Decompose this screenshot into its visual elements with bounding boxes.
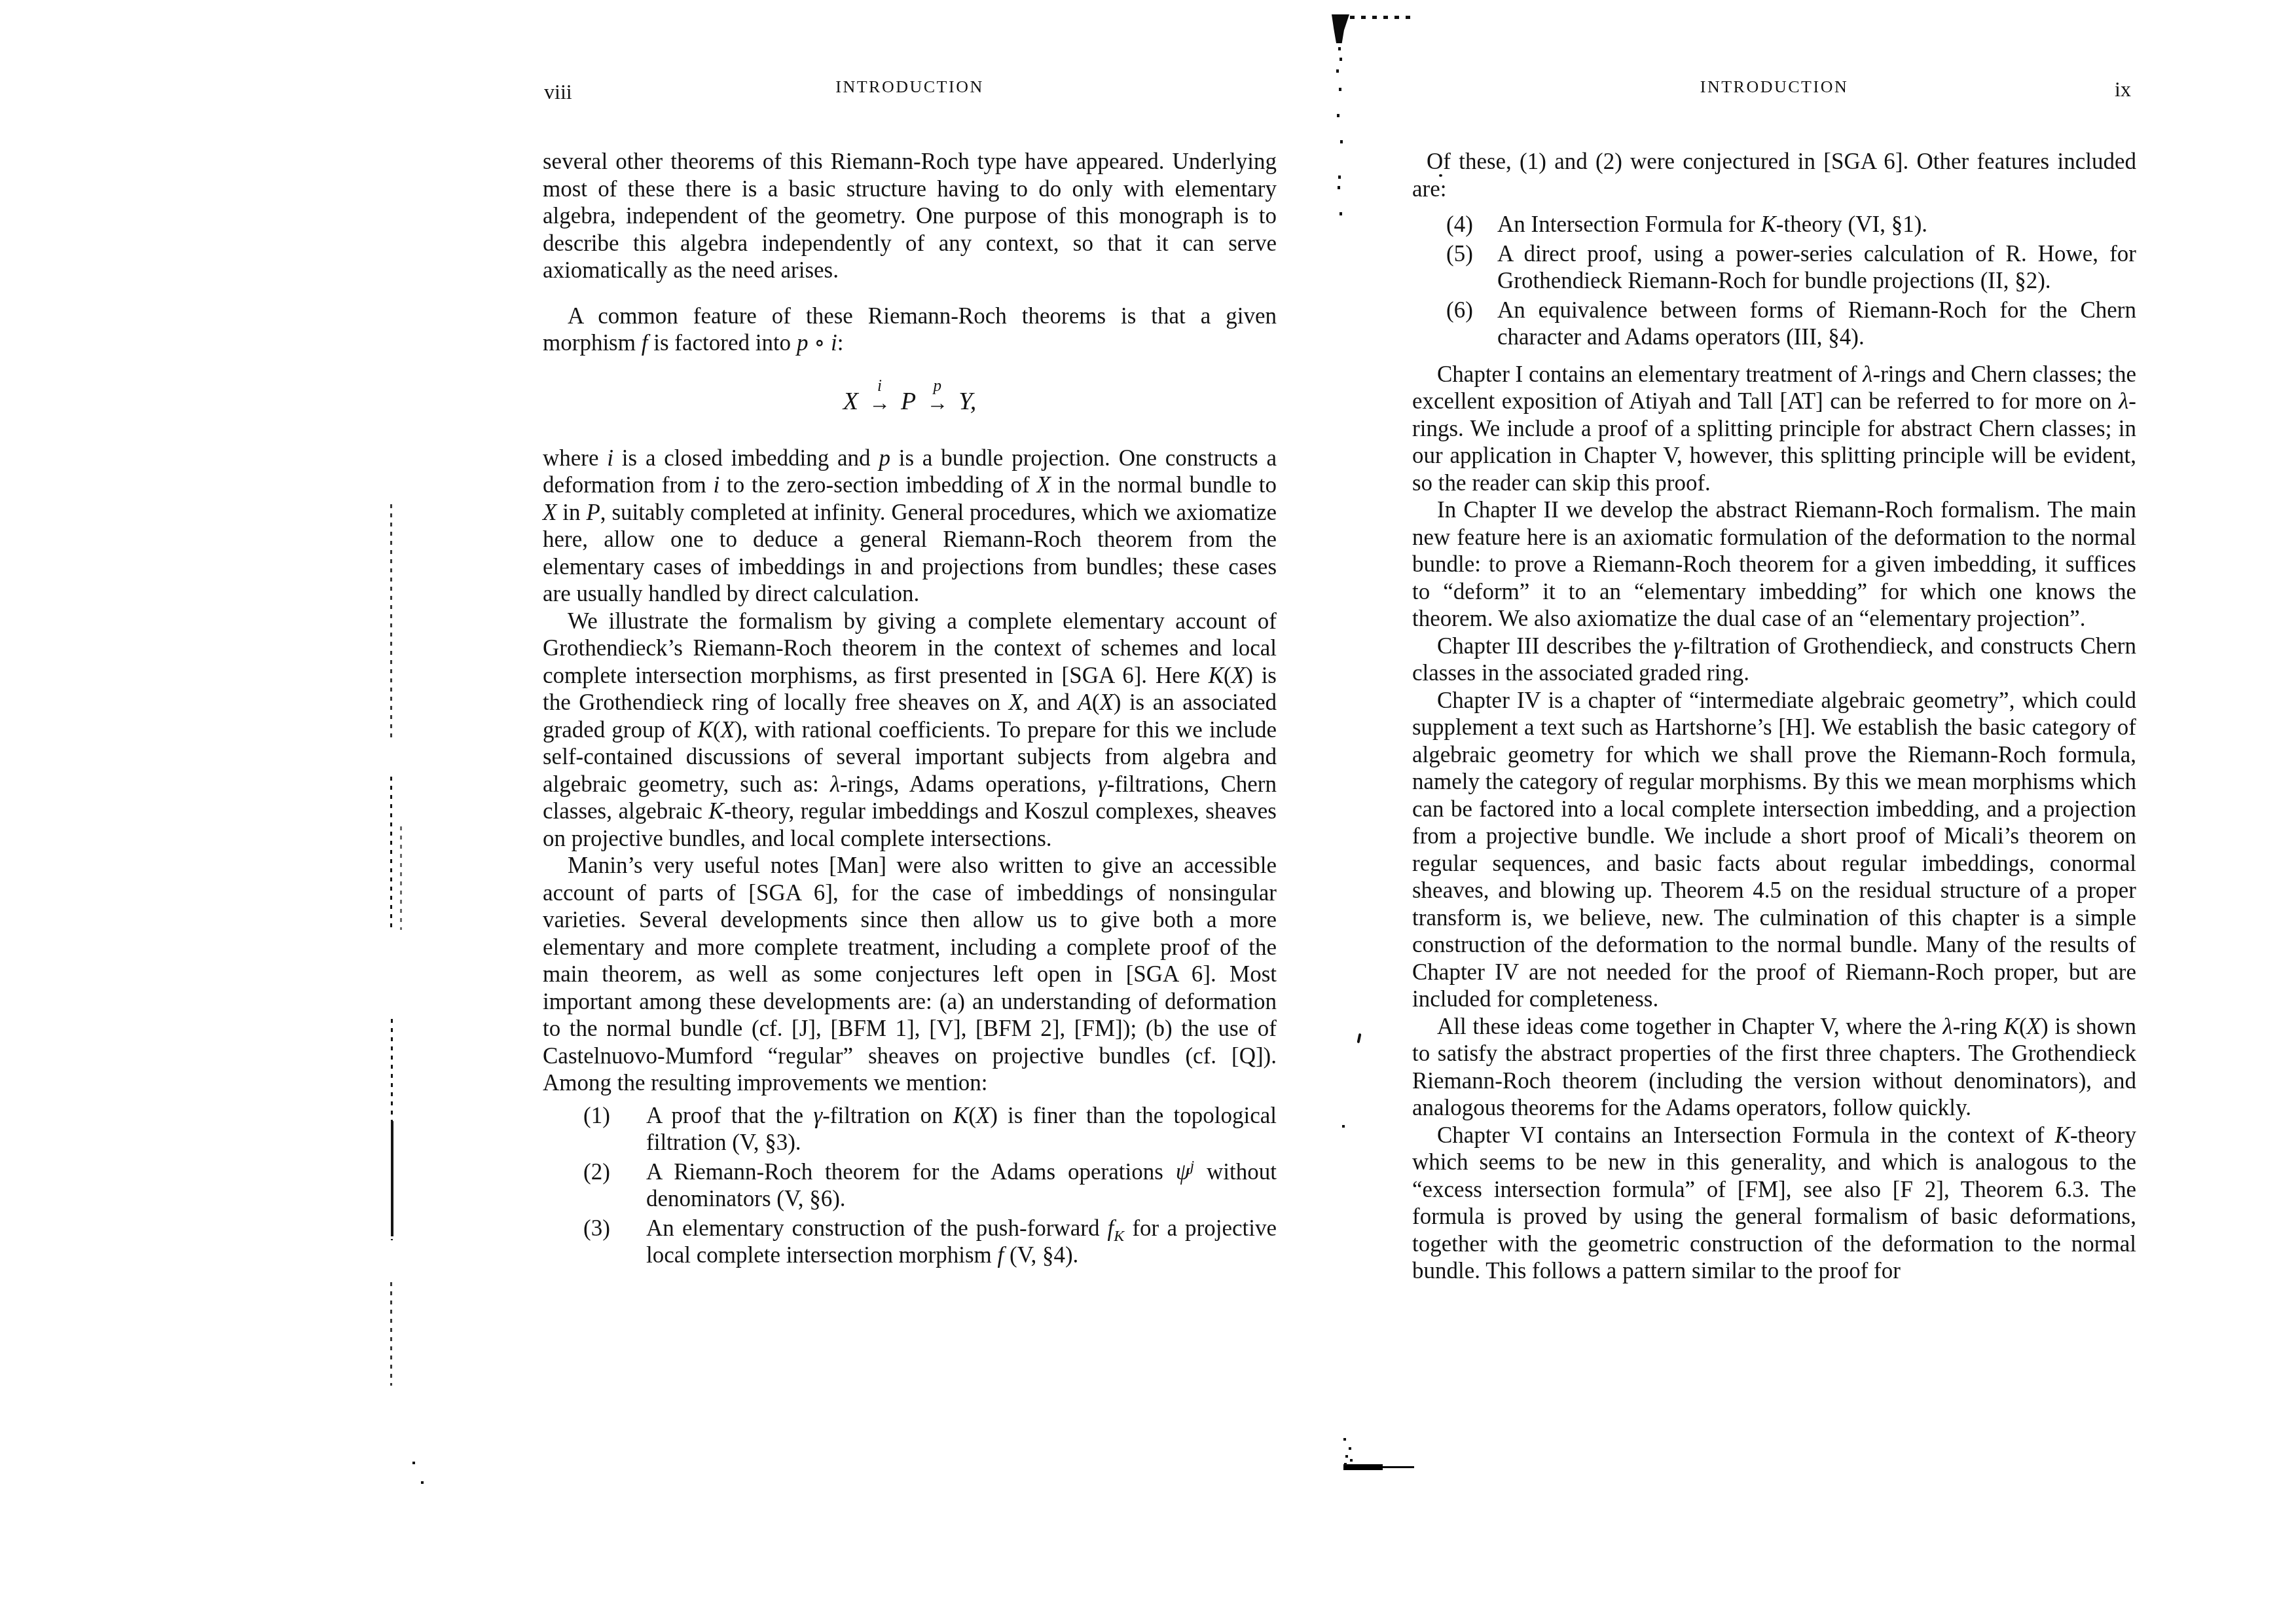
paragraph: Chapter VI contains an Intersection Form… bbox=[1412, 1122, 2136, 1285]
scan-artifact-margin-dashes bbox=[390, 1282, 392, 1386]
list-item: (1) A proof that the γ-filtration on K(X… bbox=[543, 1102, 1277, 1156]
numbered-list: (4) An Intersection Formula for K-theory… bbox=[1412, 211, 2136, 351]
paragraph: where i is a closed imbedding and p is a… bbox=[543, 445, 1277, 608]
scan-artifact-stray-dot bbox=[1439, 174, 1442, 177]
right-page-number: ix bbox=[2115, 77, 2131, 101]
list-marker: (5) bbox=[1446, 240, 1497, 295]
list-marker: (4) bbox=[1446, 211, 1497, 238]
list-marker: (3) bbox=[583, 1215, 646, 1269]
paragraph: Chapter I contains an elementary treatme… bbox=[1412, 361, 2136, 497]
left-page: viii INTRODUCTION several other theorems… bbox=[543, 0, 1277, 1269]
list-marker: (1) bbox=[583, 1102, 646, 1156]
scan-artifact-margin-dashes bbox=[390, 504, 392, 739]
formula-domain: X bbox=[843, 388, 858, 416]
left-body-text: several other theorems of this Riemann-R… bbox=[543, 148, 1277, 1269]
list-item-text: A Riemann-Roch theorem for the Adams ope… bbox=[646, 1158, 1277, 1213]
list-item: (3) An elementary construction of the pu… bbox=[543, 1215, 1277, 1269]
paragraph: We illustrate the formalism by giving a … bbox=[543, 608, 1277, 853]
paragraph: several other theorems of this Riemann-R… bbox=[543, 148, 1277, 284]
paragraph: In Chapter II we develop the abstract Ri… bbox=[1412, 496, 2136, 633]
list-item: (2) A Riemann-Roch theorem for the Adams… bbox=[543, 1158, 1277, 1213]
formula-mid: P bbox=[901, 388, 916, 416]
scan-artifact-gutter-top-speckles bbox=[1338, 47, 1341, 50]
list-item-text: A direct proof, using a power-series cal… bbox=[1497, 240, 2136, 295]
scan-artifact-gutter-bottom-speckles bbox=[1343, 1438, 1346, 1441]
left-running-head-row: viii INTRODUCTION bbox=[543, 77, 1277, 107]
paragraph: Manin’s very useful notes [Man] were als… bbox=[543, 852, 1277, 1097]
scan-artifact-gutter-top-dotted-line bbox=[1350, 16, 1414, 19]
list-item: (5) A direct proof, using a power-series… bbox=[1412, 240, 2136, 295]
list-item: (6) An equivalence between forms of Riem… bbox=[1412, 297, 2136, 351]
list-marker: (2) bbox=[583, 1158, 646, 1213]
numbered-list: (1) A proof that the γ-filtration on K(X… bbox=[543, 1102, 1277, 1269]
scan-artifact-stray-dot bbox=[412, 1462, 415, 1464]
scan-artifact-stray-dot bbox=[1342, 1125, 1345, 1128]
right-running-head: INTRODUCTION bbox=[1412, 77, 2136, 97]
list-item: (4) An Intersection Formula for K-theory… bbox=[1412, 211, 2136, 238]
paragraph: All these ideas come together in Chapter… bbox=[1412, 1013, 2136, 1122]
book-scan-spread: { "left_page": { "page_number": "viii", … bbox=[0, 0, 2296, 1624]
scan-artifact-margin-dashes bbox=[390, 777, 392, 932]
list-item-text: An equivalence between forms of Riemann-… bbox=[1497, 297, 2136, 351]
scan-artifact-margin-line bbox=[391, 1121, 393, 1236]
list-item-text: A proof that the γ-filtration on K(X) is… bbox=[646, 1102, 1277, 1156]
list-item-text: An elementary construction of the push-f… bbox=[646, 1215, 1277, 1269]
scan-artifact-stray-dot bbox=[421, 1481, 424, 1484]
list-marker: (6) bbox=[1446, 297, 1497, 351]
left-running-head: INTRODUCTION bbox=[543, 77, 1277, 97]
paragraph: A common feature of these Riemann-Roch t… bbox=[543, 303, 1277, 357]
scan-artifact-gutter-top-blob bbox=[1332, 14, 1349, 43]
right-arrow-icon: → bbox=[869, 394, 890, 413]
right-body-text: Of these, (1) and (2) were conjectured i… bbox=[1412, 148, 2136, 1285]
right-running-head-row: INTRODUCTION ix bbox=[1412, 77, 2136, 107]
paragraph: Of these, (1) and (2) were conjectured i… bbox=[1412, 148, 2136, 202]
display-formula: X i → P p → Y, bbox=[543, 374, 1277, 416]
formula-arrow-p: p → bbox=[926, 378, 948, 415]
scan-artifact-gutter-bottom-line bbox=[1379, 1466, 1414, 1468]
paragraph: Chapter IV is a chapter of “intermediate… bbox=[1412, 687, 2136, 1013]
scan-artifact-gutter-bottom-bar bbox=[1343, 1464, 1383, 1470]
list-item-text: An Intersection Formula for K-theory (VI… bbox=[1497, 211, 2136, 238]
scan-artifact-margin-dashes bbox=[400, 826, 402, 930]
scan-artifact-stray-mark bbox=[1357, 1033, 1361, 1044]
right-page: INTRODUCTION ix Of these, (1) and (2) we… bbox=[1412, 0, 2136, 1285]
paragraph: Chapter III describes the γ-filtration o… bbox=[1412, 633, 2136, 687]
right-arrow-icon: → bbox=[926, 394, 948, 413]
formula-arrow-i: i → bbox=[869, 378, 890, 415]
formula-codomain: Y, bbox=[958, 388, 976, 416]
